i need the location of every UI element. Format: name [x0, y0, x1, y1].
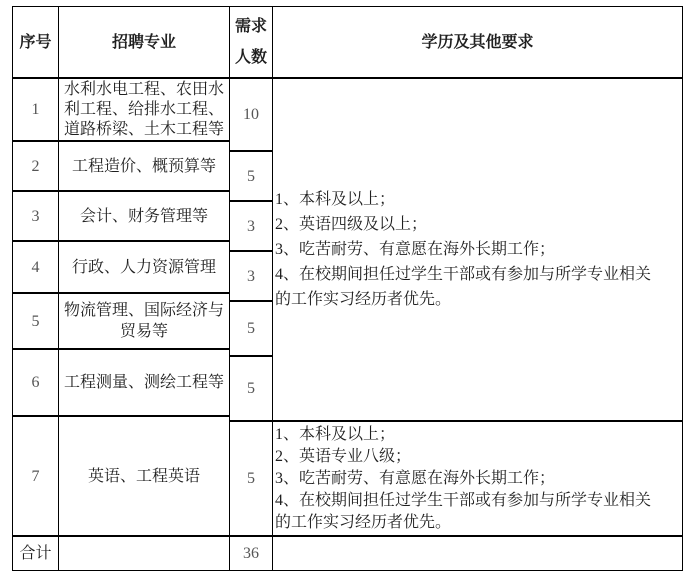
total-row-requirements-empty-cell [273, 537, 682, 570]
major-cell-2: 工程造价、概预算等 [59, 142, 229, 190]
major-cell-5: 物流管理、国际经济与贸易等 [59, 294, 229, 348]
requirements-cell-row-7: 1、本科及以上； 2、英语专业八级； 3、吃苦耐劳、有意愿在海外长期工作； 4、… [273, 422, 682, 535]
major-column: 招聘专业 水利水电工程、农田水利工程、给排水工程、道路桥梁、土木工程等 工程造价… [59, 7, 229, 570]
header-serial: 序号 [13, 7, 58, 77]
requirements-merged-cell-rows-1-6: 1、本科及以上； 2、英语四级及以上； 3、吃苦耐劳、有意愿在海外长期工作； 4… [273, 79, 682, 420]
requirement-line: 4、在校期间担任过学生干部或有参加与所学专业相关的工作实习经历者优先。 [275, 490, 665, 534]
major-cell-6: 工程测量、测绘工程等 [59, 350, 229, 415]
serial-cell-2: 2 [13, 142, 58, 190]
requirement-line: 3、吃苦耐劳、有意愿在海外长期工作； [275, 468, 555, 490]
count-cell-6: 5 [230, 357, 272, 420]
count-cell-1: 10 [230, 79, 272, 150]
major-cell-7: 英语、工程英语 [59, 417, 229, 535]
total-row-major-empty-cell [59, 537, 229, 570]
header-major: 招聘专业 [59, 7, 229, 77]
major-cell-3: 会计、财务管理等 [59, 192, 229, 240]
requirement-line: 3、吃苦耐劳、有意愿在海外长期工作； [275, 237, 555, 262]
serial-cell-7: 7 [13, 417, 58, 535]
header-requirements: 学历及其他要求 [273, 7, 682, 77]
requirement-line: 2、英语四级及以上； [275, 212, 427, 237]
major-cell-4: 行政、人力资源管理 [59, 242, 229, 292]
serial-cell-4: 4 [13, 242, 58, 292]
total-count-cell: 36 [230, 537, 272, 570]
major-cell-1: 水利水电工程、农田水利工程、给排水工程、道路桥梁、土木工程等 [59, 79, 229, 140]
serial-cell-1: 1 [13, 79, 58, 140]
count-cell-4: 3 [230, 252, 272, 300]
requirement-line: 4、在校期间担任过学生干部或有参加与所学专业相关的工作实习经历者优先。 [275, 262, 665, 312]
serial-column: 序号 1 2 3 4 5 6 7 合计 [13, 7, 58, 570]
count-cell-3: 3 [230, 202, 272, 250]
header-count: 需求人数 [230, 7, 272, 77]
serial-cell-6: 6 [13, 350, 58, 415]
count-cell-7: 5 [230, 422, 272, 535]
serial-cell-3: 3 [13, 192, 58, 240]
count-column: 需求人数 10 5 3 3 5 5 5 36 [230, 7, 272, 570]
requirement-line: 1、本科及以上； [275, 424, 395, 446]
serial-cell-5: 5 [13, 294, 58, 348]
requirement-line: 2、英语专业八级； [275, 446, 411, 468]
recruitment-table: 序号 1 2 3 4 5 6 7 合计 招聘专业 水利水电工程、农田水利工程、给… [12, 6, 683, 571]
total-row-label: 合计 [13, 537, 58, 570]
requirements-column: 学历及其他要求 1、本科及以上； 2、英语四级及以上； 3、吃苦耐劳、有意愿在海… [273, 7, 682, 570]
requirement-line: 1、本科及以上； [275, 187, 395, 212]
count-cell-5: 5 [230, 302, 272, 355]
count-cell-2: 5 [230, 152, 272, 200]
